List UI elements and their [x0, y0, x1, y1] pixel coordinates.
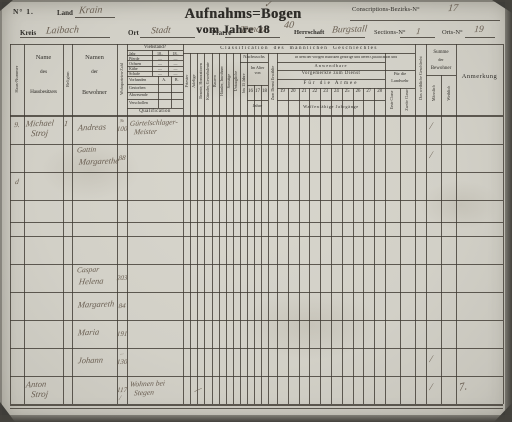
- sections-value: 1: [416, 27, 421, 36]
- grid-line: [10, 44, 11, 404]
- owner-col-header: des: [24, 70, 63, 76]
- classification-title: Classification des männlichen Geschlecht…: [183, 46, 415, 51]
- hw-tick: /: [119, 395, 122, 402]
- summe-col-label: Männlich: [431, 74, 435, 112]
- hw-sum-tick: /: [422, 383, 439, 394]
- nachwuchs-age-cell: 18: [259, 89, 271, 94]
- class-col-label: Priester: [184, 52, 188, 110]
- grid-line: [385, 53, 386, 404]
- hw-tick: —: [193, 383, 203, 395]
- grid-line: [247, 100, 268, 101]
- hw-sum-tick: /: [422, 355, 439, 366]
- hw-note: Meister: [134, 128, 158, 136]
- nachwuchs-unit: Jahre: [247, 104, 268, 109]
- sections-label: Sections-N°: [374, 30, 405, 37]
- inhabitants-col-header: Namen: [72, 55, 117, 62]
- hw-owner-name: Stroj: [30, 390, 48, 400]
- grid-line: [183, 53, 415, 54]
- viehstand-year: 18..: [168, 52, 183, 56]
- grid-line: [10, 292, 503, 293]
- viehstand-subbox-row: Verschollen: [129, 101, 148, 105]
- livestock-box-title: Viehstand?: [127, 45, 183, 50]
- grid-line: [400, 88, 401, 404]
- grid-line: [10, 320, 503, 321]
- hw-mark: 1: [64, 120, 69, 128]
- grid-line: [456, 44, 457, 404]
- class-col-label: Sonstige: [227, 52, 231, 110]
- grid-line: [353, 88, 354, 404]
- conscription-district-value: 17: [447, 4, 458, 14]
- photo-background: N° 1. Land Krain ✓ Aufnahms=Bogen vom Ja…: [0, 0, 512, 422]
- scan-edge-right: [505, 0, 512, 422]
- grid-line: [288, 88, 289, 404]
- grid-line: [10, 404, 503, 406]
- orts-value: 19: [473, 26, 484, 36]
- grid-line: [190, 53, 191, 404]
- grid-line: [240, 53, 241, 404]
- grid-line: [309, 88, 310, 404]
- hw-conscription-number: 117: [114, 387, 131, 395]
- viehstand-subbox-row: Gestorben: [129, 86, 145, 90]
- inhabitants-col-header: der: [72, 70, 117, 76]
- haus-col-header: Haus-Nummer: [15, 50, 20, 108]
- land-label: Land: [57, 10, 73, 17]
- class-col-label: Künstler, Gewerbsleute: [206, 52, 210, 110]
- grid-line: [10, 348, 503, 349]
- hw-owner-name: Anton: [26, 380, 47, 389]
- qualification-band: Qualification: [127, 109, 183, 114]
- grid-line: [426, 44, 427, 404]
- grid-line: [127, 108, 183, 109]
- armee-title: Für die Armee: [277, 81, 385, 86]
- class-col-label: Beamte, Honoratioren: [199, 52, 203, 110]
- hw-inhabitant-name: Maria: [78, 328, 100, 337]
- summe-title: Bewohner: [426, 66, 456, 71]
- form-paper: N° 1. Land Krain ✓ Aufnahms=Bogen vom Ja…: [0, 0, 512, 422]
- hw-inhabitant-name: Caspar: [77, 266, 100, 274]
- erwaehlte-col-label: Zum Dienst Erwählte: [271, 55, 275, 111]
- grid-line: [247, 85, 268, 86]
- anmerkung-col-header: Anmerkung: [456, 74, 503, 81]
- grid-line: [465, 37, 495, 38]
- grid-line: [117, 44, 118, 404]
- hw-inhabitant-name: Helena: [78, 277, 104, 286]
- grid-line: [441, 75, 442, 404]
- kreis-value: Laibach: [45, 25, 79, 36]
- grid-line: [331, 88, 332, 404]
- grid-line: [197, 53, 198, 404]
- viehstand-item-label: Schafe: [129, 72, 140, 76]
- viehstand-item-value: —: [168, 72, 183, 76]
- grid-line: [10, 236, 503, 237]
- grid-line: [261, 85, 262, 404]
- owner-col-header: Hausbesitzers: [24, 90, 63, 95]
- hw-conscription-number: 100: [114, 126, 131, 134]
- landwehr-col-label: Zweite Classe: [406, 87, 410, 113]
- wohnpartei-col-header: Wohnparteien-Zahl: [120, 48, 124, 110]
- viehstand-item-value: —: [152, 72, 168, 76]
- summe-title: Summe: [426, 50, 456, 55]
- grid-line: [72, 44, 73, 404]
- hw-remark: 7.: [459, 381, 468, 394]
- hw-conscription-number: 203: [114, 275, 131, 283]
- grid-line: [127, 44, 128, 404]
- grid-line: [140, 37, 195, 38]
- hw-conscription-number: 130: [114, 359, 131, 367]
- orts-label: Orts-N°: [442, 30, 463, 37]
- hw-house-number: 9.: [10, 121, 25, 129]
- ort-value: Stadt: [150, 27, 171, 37]
- hw-number-mark: —: [114, 352, 131, 357]
- hw-conscription-number: 88: [114, 155, 131, 163]
- pfarre-value: Tirnau: [239, 26, 265, 36]
- grid-line: [225, 37, 280, 38]
- anwendbare-label: Anwendbare: [277, 64, 385, 69]
- grid-line: [305, 37, 365, 38]
- grid-line: [10, 44, 503, 45]
- grid-line: [10, 200, 503, 201]
- ort-label: Ort: [128, 30, 139, 37]
- nachwuchs-subtitle: Im Alter von: [248, 66, 267, 76]
- armee-footer: Waffenfähige Jahrgänge: [277, 105, 385, 109]
- hw-number-mark: №: [114, 119, 131, 124]
- landwehr-title: Für die: [385, 72, 415, 76]
- grid-line: [24, 44, 25, 404]
- viehstand-subbox-row: Abwesende: [129, 93, 148, 97]
- grid-line: [363, 88, 364, 404]
- viehstand-year-label: Jahr: [129, 52, 136, 56]
- viehstand-year: 18..: [152, 52, 168, 56]
- hw-note: Wohnen bei: [130, 379, 166, 388]
- grid-line: [10, 222, 503, 223]
- hw-house-number: d: [10, 178, 25, 186]
- grid-line: [299, 88, 300, 404]
- year-value: 40: [283, 21, 294, 31]
- scan-edge-top: [0, 0, 512, 2]
- grid-line: [10, 408, 503, 409]
- herrschaft-value: Burgstall: [331, 25, 367, 36]
- classification-note-line: In dem der vorigen Rubriken gehörige und…: [278, 56, 414, 60]
- hw-inhabitant-name: Gattin: [77, 146, 97, 154]
- hw-conscription-number: 84: [114, 303, 131, 311]
- hw-owner-name: Michael: [25, 119, 54, 128]
- sheet-number: N° 1.: [13, 8, 34, 16]
- weiblich-col-label: Das weibliche Geschlecht: [418, 46, 422, 110]
- grid-line: [277, 100, 385, 101]
- class-col-label: Adelige: [192, 52, 196, 110]
- grid-line: [268, 53, 269, 404]
- scan-edge-bottom: [0, 415, 512, 422]
- landwehr-title: Landwehr: [385, 79, 415, 83]
- grid-line: [63, 44, 64, 404]
- nachwuchs-left-col: bis 15 Jahre: [242, 58, 246, 108]
- pfarre-label: Pfarre: [212, 30, 231, 37]
- grid-line: [374, 88, 375, 404]
- landwehr-col-label: Erste Classe: [391, 87, 395, 113]
- owner-col-header: Name: [24, 55, 63, 62]
- class-col-label: Häusler, Inwohner: [220, 52, 224, 110]
- summe-col-label: Weiblich: [446, 74, 450, 112]
- grid-line: [426, 75, 456, 76]
- summe-title: der: [426, 58, 456, 62]
- class-col-label: Untaugliche: [234, 52, 238, 110]
- vorgemerkte-label: Vorgemerkte zum Dienst: [277, 72, 385, 77]
- hw-inhabitant-name: Margareth: [77, 299, 114, 309]
- grid-line: [204, 53, 205, 404]
- viehstand-subbox-col: A.: [158, 78, 171, 82]
- grid-line: [75, 17, 115, 18]
- hw-inhabitant-name: Andreas: [77, 123, 106, 132]
- class-col-label: Bauern: [213, 52, 217, 110]
- herrschaft-label: Herrschaft: [294, 30, 324, 37]
- grid-line: [10, 376, 503, 377]
- land-value: Krain: [78, 6, 102, 17]
- hw-owner-name: Stroj: [30, 129, 48, 139]
- grid-line: [320, 88, 321, 404]
- viehstand-subbox-header: Vorhanden: [129, 78, 146, 82]
- armee-age-cell: 28: [373, 90, 387, 95]
- grid-line: [254, 85, 255, 404]
- hw-note: Stegen: [134, 389, 155, 397]
- hw-sum-tick: /: [422, 122, 439, 133]
- grid-line: [183, 44, 184, 404]
- grid-line: [350, 20, 500, 21]
- grid-line: [10, 172, 503, 173]
- grid-line: [415, 44, 416, 404]
- hw-inhabitant-name: Johann: [77, 356, 103, 365]
- grid-line: [400, 37, 435, 38]
- hw-sum-tick: /: [422, 151, 439, 162]
- grid-line: [342, 88, 343, 404]
- kreis-label: Kreis: [20, 30, 36, 37]
- hw-conscription-number: 191: [114, 331, 131, 339]
- conscription-district-label: Conscriptions-Bezirks-N°: [352, 7, 420, 14]
- grid-line: [10, 115, 503, 117]
- viehstand-subbox-col: B.: [171, 78, 184, 82]
- form-title-line1: Aufnahms=Bogen: [158, 7, 328, 22]
- scan-edge-left: [0, 0, 2, 422]
- religion-col-header: Religion: [65, 55, 70, 103]
- inhabitants-col-header: Bewohner: [72, 90, 117, 96]
